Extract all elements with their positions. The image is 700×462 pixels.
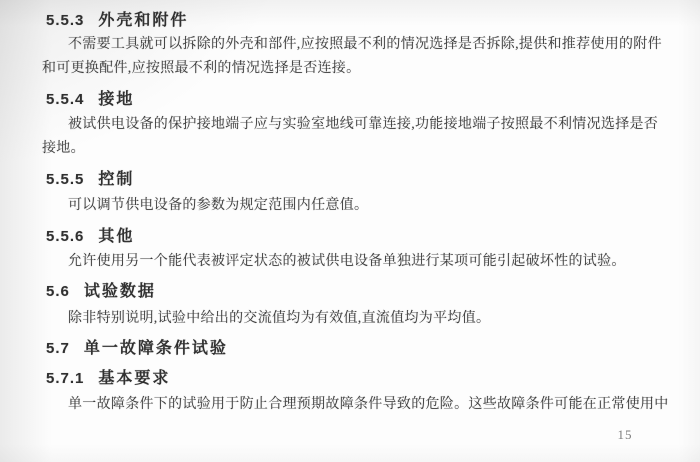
section-number: 5.5.3 (46, 10, 84, 32)
document-page: 5.5.3外壳和附件 不需要工具就可以拆除的外壳和部件,应按照最不利的情况选择是… (0, 0, 700, 462)
paragraph-line: 单一故障条件下的试验用于防止合理预期故障条件导致的危险。这些故障条件可能在正常使… (42, 394, 669, 416)
section-title: 接地 (98, 91, 134, 108)
section-title: 基本要求 (98, 370, 170, 387)
section-number: 5.5.6 (46, 226, 84, 248)
section-title: 控制 (98, 171, 134, 188)
section-heading-57: 5.7单一故障条件试验 (46, 338, 228, 360)
section-number: 5.7 (46, 338, 70, 360)
section-number: 5.5.4 (46, 89, 84, 111)
paragraph-line: 除非特别说明,试验中给出的交流值均为有效值,直流值均为平均值。 (42, 308, 490, 330)
paragraph-line: 可以调节供电设备的参数为规定范围内任意值。 (42, 195, 368, 217)
section-heading-553: 5.5.3外壳和附件 (46, 10, 188, 32)
section-heading-56: 5.6试验数据 (46, 281, 156, 303)
section-heading-571: 5.7.1基本要求 (46, 368, 170, 390)
paragraph-line: 和可更换配件,应按照最不利的情况选择是否连接。 (42, 58, 360, 80)
section-heading-555: 5.5.5控制 (46, 169, 134, 191)
section-heading-554: 5.5.4接地 (46, 89, 134, 111)
section-number: 5.5.5 (46, 169, 84, 191)
paragraph-line: 接地。 (42, 138, 85, 160)
section-number: 5.6 (46, 281, 70, 303)
paragraph-line: 允许使用另一个能代表被评定状态的被试供电设备单独进行某项可能引起破坏性的试验。 (42, 251, 626, 273)
paragraph-line: 不需要工具就可以拆除的外壳和部件,应按照最不利的情况选择是否拆除,提供和推荐使用… (42, 34, 662, 56)
section-heading-556: 5.5.6其他 (46, 226, 134, 248)
page-number: 15 (612, 427, 638, 443)
section-title: 外壳和附件 (98, 12, 188, 29)
section-number: 5.7.1 (46, 368, 84, 390)
paragraph-line: 被试供电设备的保护接地端子应与实验室地线可靠连接,功能接地端子按照最不利情况选择… (42, 114, 658, 136)
section-title: 其他 (98, 228, 134, 245)
section-title: 试验数据 (84, 283, 156, 300)
section-title: 单一故障条件试验 (84, 340, 228, 357)
